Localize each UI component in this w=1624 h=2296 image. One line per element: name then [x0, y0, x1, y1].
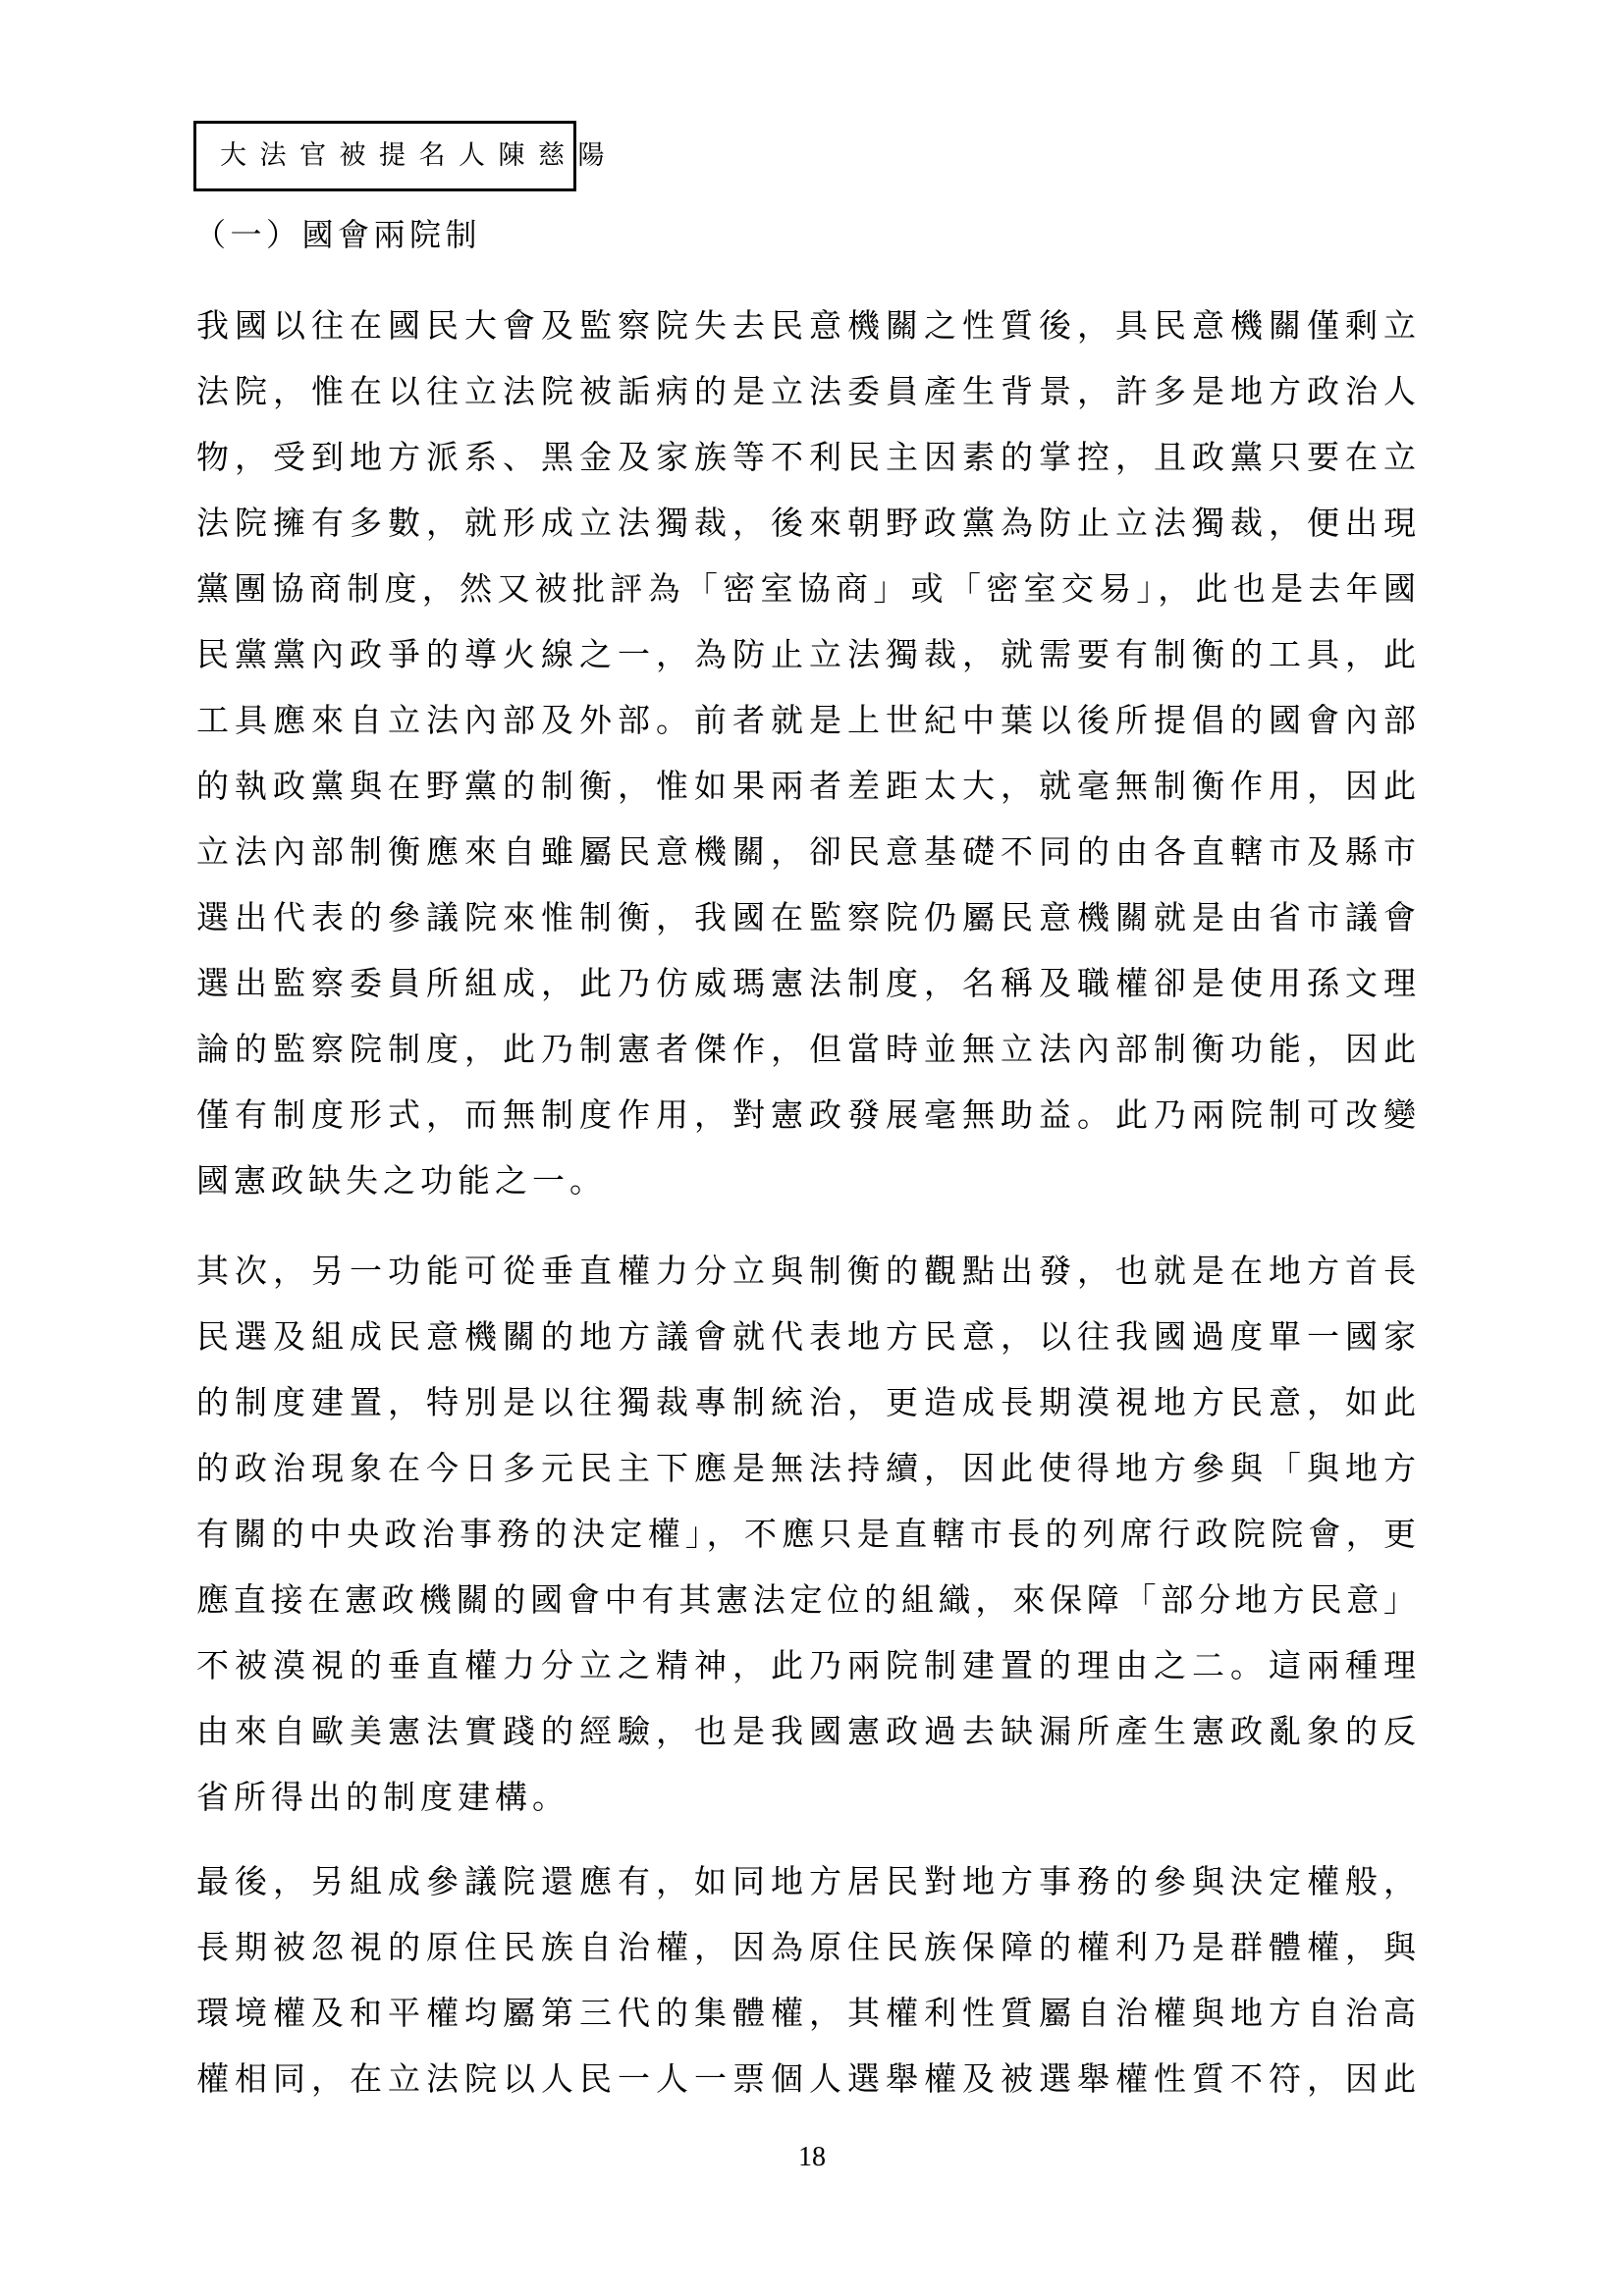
- nominee-label-box: 大法官被提名人陳慈陽: [193, 121, 576, 191]
- text-line: 法院，惟在以往立法院被詬病的是立法委員產生背景，許多是地方政治人: [196, 358, 1416, 424]
- text-line: 權相同，在立法院以人民一人一票個人選舉權及被選舉權性質不符，因此: [196, 2046, 1416, 2111]
- text-line: 選出代表的參議院來惟制衡，我國在監察院仍屬民意機關就是由省市議會: [196, 884, 1416, 950]
- paragraph-3: 最後，另組成參議院還應有，如同地方居民對地方事務的參與決定權般， 長期被忽視的原…: [196, 1848, 1416, 2111]
- text-line: 立法內部制衡應來自雖屬民意機關，卻民意基礎不同的由各直轄市及縣市: [196, 819, 1416, 884]
- nominee-label: 大法官被提名人陳慈陽: [220, 124, 618, 188]
- text-line: 選出監察委員所組成，此乃仿威瑪憲法制度，名稱及職權卻是使用孫文理: [196, 950, 1416, 1016]
- text-line: 僅有制度形式，而無制度作用，對憲政發展毫無助益。此乃兩院制可改變: [196, 1082, 1416, 1148]
- text-line: 的制度建置，特別是以往獨裁專制統治，更造成長期漠視地方民意，如此: [196, 1369, 1416, 1435]
- document-page: 大法官被提名人陳慈陽 （一）國會兩院制 我國以往在國民大會及監察院失去民意機關之…: [0, 0, 1624, 2296]
- paragraph-2: 其次，另一功能可從垂直權力分立與制衡的觀點出發，也就是在地方首長 民選及組成民意…: [196, 1238, 1416, 1830]
- section-heading: （一）國會兩院制: [194, 210, 481, 259]
- text-line: 有關的中央政治事務的決定權」，不應只是直轄市長的列席行政院院會，更: [196, 1501, 1416, 1567]
- text-line: 省所得出的制度建構。: [196, 1764, 1416, 1830]
- page-number: 18: [0, 2140, 1624, 2175]
- text-line: 論的監察院制度，此乃制憲者傑作，但當時並無立法內部制衡功能，因此: [196, 1016, 1416, 1082]
- text-line: 其次，另一功能可從垂直權力分立與制衡的觀點出發，也就是在地方首長: [196, 1238, 1416, 1304]
- text-line: 工具應來自立法內部及外部。前者就是上世紀中葉以後所提倡的國會內部: [196, 687, 1416, 753]
- text-line: 國憲政缺失之功能之一。: [196, 1148, 1416, 1213]
- text-line: 由來自歐美憲法實踐的經驗，也是我國憲政過去缺漏所產生憲政亂象的反: [196, 1698, 1416, 1764]
- paragraph-1: 我國以往在國民大會及監察院失去民意機關之性質後，具民意機關僅剩立 法院，惟在以往…: [196, 293, 1416, 1213]
- text-line: 民選及組成民意機關的地方議會就代表地方民意，以往我國過度單一國家: [196, 1304, 1416, 1369]
- text-line: 民黨黨內政爭的導火線之一，為防止立法獨裁，就需要有制衡的工具，此: [196, 621, 1416, 687]
- text-line: 長期被忽視的原住民族自治權，因為原住民族保障的權利乃是群體權，與: [196, 1914, 1416, 1980]
- text-line: 黨團協商制度，然又被批評為「密室協商」或「密室交易」，此也是去年國: [196, 556, 1416, 621]
- text-line: 最後，另組成參議院還應有，如同地方居民對地方事務的參與決定權般，: [196, 1848, 1416, 1914]
- text-line: 物，受到地方派系、黑金及家族等不利民主因素的掌控，且政黨只要在立: [196, 424, 1416, 490]
- text-line: 法院擁有多數，就形成立法獨裁，後來朝野政黨為防止立法獨裁，便出現: [196, 490, 1416, 556]
- text-line: 應直接在憲政機關的國會中有其憲法定位的組織，來保障「部分地方民意」: [196, 1567, 1416, 1632]
- text-line: 的執政黨與在野黨的制衡，惟如果兩者差距太大，就毫無制衡作用，因此: [196, 753, 1416, 819]
- text-line: 環境權及和平權均屬第三代的集體權，其權利性質屬自治權與地方自治高: [196, 1980, 1416, 2046]
- text-line: 不被漠視的垂直權力分立之精神，此乃兩院制建置的理由之二。這兩種理: [196, 1632, 1416, 1698]
- text-line: 我國以往在國民大會及監察院失去民意機關之性質後，具民意機關僅剩立: [196, 293, 1416, 358]
- text-line: 的政治現象在今日多元民主下應是無法持續，因此使得地方參與「與地方: [196, 1435, 1416, 1501]
